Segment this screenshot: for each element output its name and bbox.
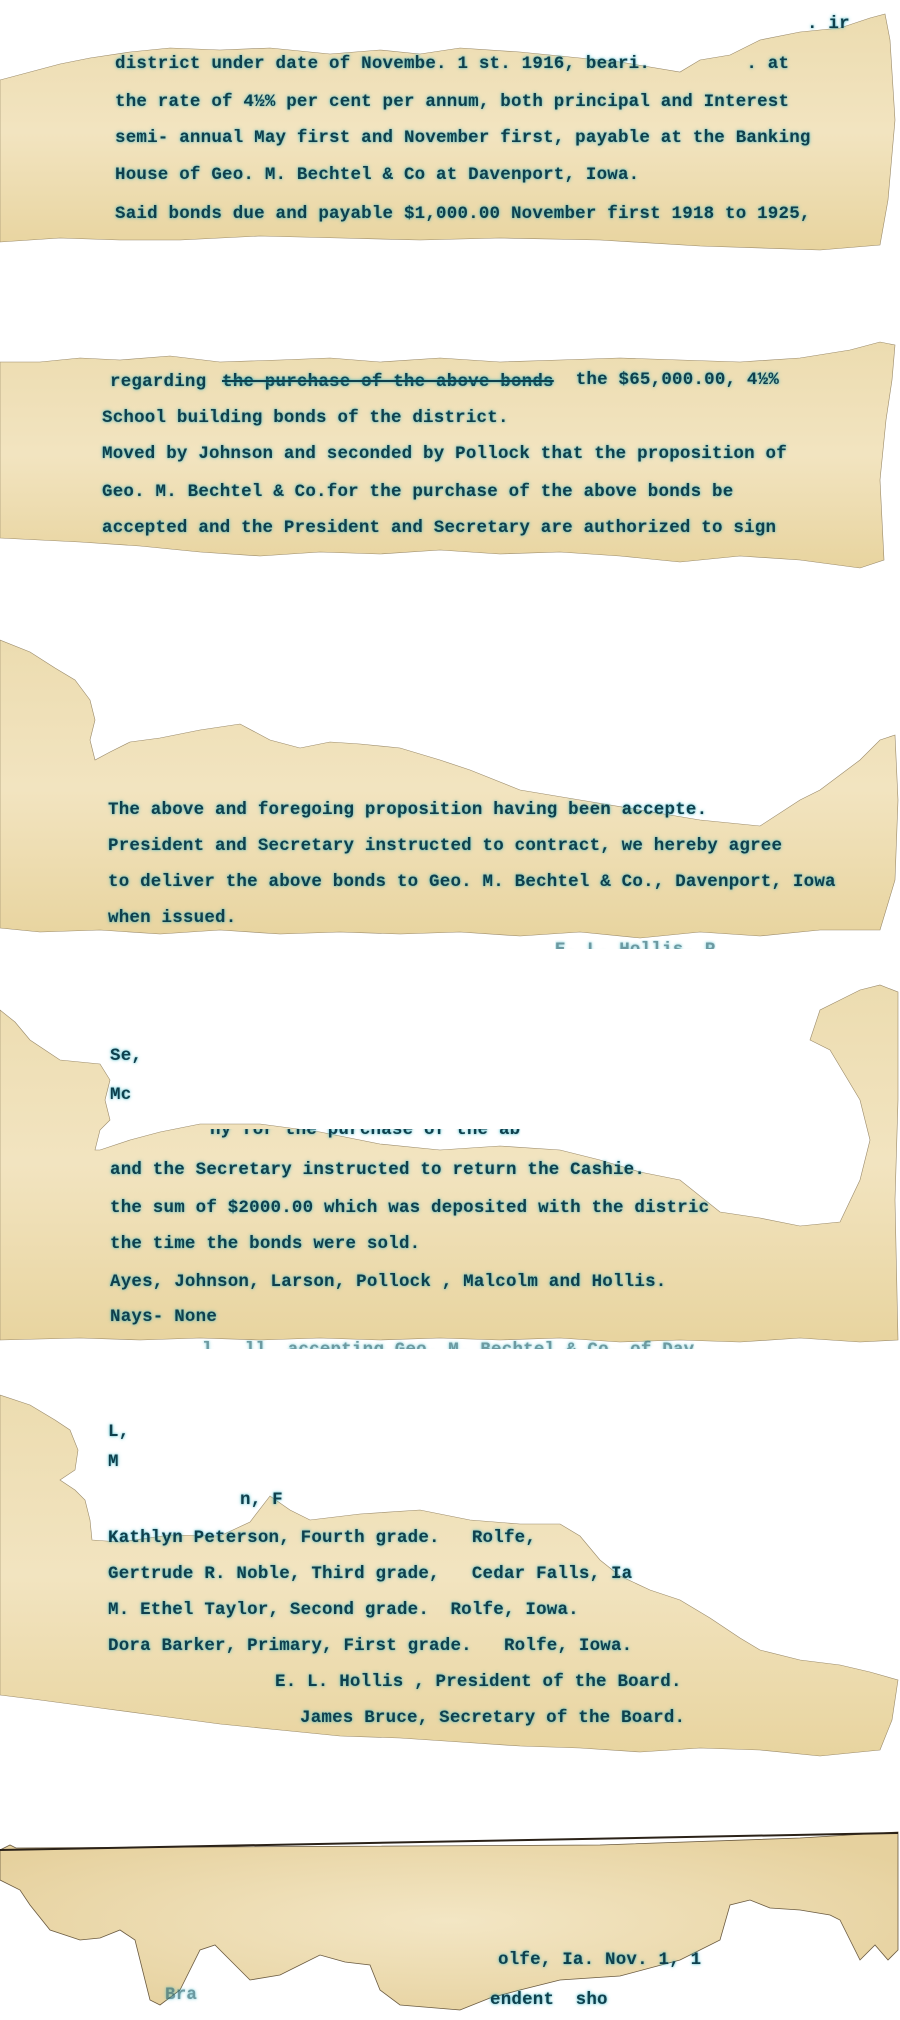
fragment-5-line-4: Gertrude R. Noble, Third grade, Cedar Fa…: [108, 1564, 632, 1584]
fragment-2-line-6: accepted and the President and Secretary…: [102, 518, 776, 538]
fragment-2-line-2: the $65,000.00, 4½%: [565, 370, 779, 390]
fragment-3-line-1: President and Secretary instructed to co…: [108, 836, 782, 856]
fragment-4-line-5: the time the bonds were sold.: [110, 1234, 420, 1254]
fragment-2-struck-text: the purchase of the above bonds: [222, 372, 554, 392]
fragment-3-line-3: when issued.: [108, 908, 236, 928]
fragment-1-line-1: district under date of Novembe. 1 st. 19…: [115, 54, 789, 74]
fragment-1-line-2: the rate of 4½% per cent per annum, both…: [115, 92, 789, 112]
fragment-3-paper: [0, 640, 898, 938]
fragment-1-line-0: . ir: [807, 14, 850, 34]
fragment-6-line-1: endent sho: [490, 1990, 608, 2010]
fragment-4-line-7: Nays- None: [110, 1307, 217, 1327]
fragment-1-line-5: Said bonds due and payable $1,000.00 Nov…: [115, 204, 811, 224]
fragment-3-line-0: The above and foregoing proposition havi…: [108, 800, 707, 820]
fragment-5-line-1: M: [108, 1452, 119, 1472]
fragment-5-line-5: M. Ethel Taylor, Second grade. Rolfe, Io…: [108, 1600, 579, 1620]
fragment-4-line-6: Ayes, Johnson, Larson, Pollock , Malcolm…: [110, 1272, 667, 1292]
fragment-6-paper: [0, 1832, 898, 2010]
fragment-5-line-2: n, F: [240, 1490, 283, 1510]
fragment-2-line-0: regarding: [110, 372, 217, 392]
fragment-2-line-3: School building bonds of the district.: [102, 408, 509, 428]
fragment-5-line-6: Dora Barker, Primary, First grade. Rolfe…: [108, 1636, 632, 1656]
fragment-2-line-4: Moved by Johnson and seconded by Pollock…: [102, 444, 787, 464]
fragment-1-line-3: semi- annual May first and November firs…: [115, 128, 811, 148]
fragment-4-line-1: Mc: [110, 1085, 131, 1105]
fragment-3-line-2: to deliver the above bonds to Geo. M. Be…: [108, 872, 836, 892]
fragment-1-line-4: House of Geo. M. Bechtel & Co at Davenpo…: [115, 165, 639, 185]
fragment-4-line-3: and the Secretary instructed to return t…: [110, 1160, 645, 1180]
fragment-5-line-8: James Bruce, Secretary of the Board.: [300, 1708, 685, 1728]
fragment-6-line-0: olfe, Ia. Nov. 1, 1: [498, 1950, 701, 1970]
fragment-5-line-3: Kathlyn Peterson, Fourth grade. Rolfe,: [108, 1528, 536, 1548]
fragment-4-line-4: the sum of $2000.00 which was deposited …: [110, 1198, 709, 1218]
fragment-5-line-7: E. L. Hollis , President of the Board.: [275, 1672, 682, 1692]
fragment-5-line-0: L,: [108, 1422, 129, 1442]
fragment-6-line-2: Bra: [165, 1985, 197, 2005]
fragment-4-line-0: Se,: [110, 1046, 142, 1066]
fragment-2-line-5: Geo. M. Bechtel & Co.for the purchase of…: [102, 482, 733, 502]
